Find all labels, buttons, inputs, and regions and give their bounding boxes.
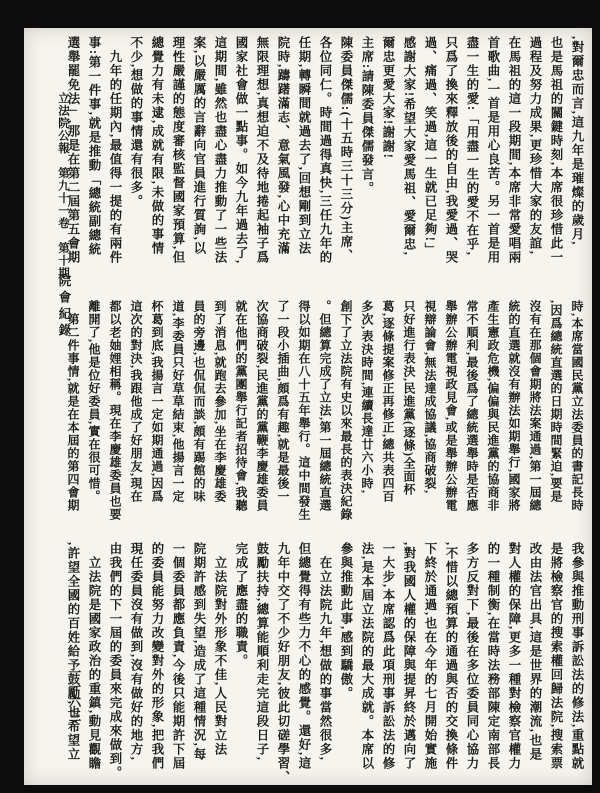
text-column: 得以如期在八十五年舉行。這中間發生 (293, 300, 314, 536)
text-column: 對人權的保障,更多一種對檢察官權力 (503, 542, 524, 785)
text-column: 鼓勵扶持,總算能順利走完這段日子, (251, 542, 272, 785)
text-column: 立法院對外形象不佳,人民對立法 (209, 542, 230, 785)
text-column: 到了消息,就跑去參加,坐在李慶雄委 (209, 300, 230, 536)
text-column: 法,是本屆立法院的最大成就。本席以 (356, 542, 377, 785)
text-column: 陳委員傑儒:(十五時三十三分)主席、 (335, 36, 356, 290)
text-column: 員的旁邊,也侃侃而談,頗有踢館的味 (188, 300, 209, 536)
text-column: ,許望全國的百姓給予鼓勵,也希望立 (62, 542, 83, 785)
text-column: 但總覺得有些力不心的感覺。還好,這 (293, 542, 314, 785)
text-column: 次協商破裂,民進黨的黨鞭李慶雄委員 (251, 300, 272, 536)
text-column: 院期許感到失望,造成了這種情況,每 (188, 542, 209, 785)
text-column: 只爲了換來釋放後的自由,我愛過、哭 (440, 36, 461, 290)
text-column: 常不順利,最後爲了總統選舉時是否應 (461, 300, 482, 536)
text-column: 的委員能努力改變對外的形象,把我們 (146, 542, 167, 785)
text-column: 院時,躊躇滿志、意氣風發,心中充滿 (272, 36, 293, 290)
text-column: 是將檢察官的搜索權回歸法院,搜索票 (545, 542, 566, 785)
text-column: 立法院是國家政治的重鎮,動見觀瞻 (83, 542, 104, 785)
text-column: 時,本席當國民黨立法委員的書記長時 (566, 300, 587, 536)
text-column: 完成了應盡的職責。 (230, 542, 251, 785)
text-column: 各位同仁。時間過得真快,三任九年的 (314, 36, 335, 290)
text-column: 的一種制衡,在當時法務部陳定南部長 (482, 542, 503, 785)
text-column: 任期,轉瞬間就過去了,回想剛到立法 (293, 36, 314, 290)
text-band-top: ,對爾忠而言,這九年是璀燦的歲月,也是馬祖的關鍵時刻,本席很珍惜此一過程及努力成… (60, 36, 587, 290)
text-column: 沒有在那個會期將法案通過,第一屆總 (524, 300, 545, 536)
text-column: ,因爲總統直選的日期時間緊迫,要是 (545, 300, 566, 536)
text-column: 創下了立法院有史以來最長的表決紀錄 (335, 300, 356, 536)
text-column: 。但總算完成了立法,第一屆總統直選 (314, 300, 335, 536)
text-band-middle: 時,本席當國民黨立法委員的書記長時,因爲總統直選的日期時間緊迫,要是沒有在那個會… (60, 300, 587, 536)
text-column: 過、痛過、笑過,這一生就已足夠!」 (419, 36, 440, 290)
text-column: 首歌曲,一首是用心良苦。另一首是用 (482, 36, 503, 290)
text-column: 在馬祖的這一段期間,本席非常愛唱兩 (503, 36, 524, 290)
text-column: 感謝大家!希望大家愛馬祖、愛爾忠, (398, 36, 419, 290)
text-column: 無限理想,真想迫不及待地捲起袖子爲 (251, 36, 272, 290)
scanned-gazette-page: 立法院公報 第九十一卷 第十期 院會紀錄 一一六三 ,對爾忠而言,這九年是璀燦的… (24, 28, 592, 785)
text-column: 總覺力有未逮,成就有限,未做的事情 (146, 36, 167, 290)
text-column: 過程及努力成果,更珍惜大家的友誼, (524, 36, 545, 290)
text-column: 葛,逐條提案修正再修正,總共表四百 (377, 300, 398, 536)
text-column: 參與推動此事,感到驕傲。 (335, 542, 356, 785)
text-column: 主席:請陳委員傑儒發言。 (356, 36, 377, 290)
text-column: 由我們的下一屆的委員來完成來做到。 (104, 542, 125, 785)
text-column: 盡一生的愛:「用盡一生的愛不在乎, (461, 36, 482, 290)
text-band-bottom: 我參與推動刑事訴訟法的修法,重點就是將檢察官的搜索權回歸法院,搜索票改由法官出具… (60, 542, 587, 785)
text-column: 案,以嚴厲的言辭向官員進行質詢,以 (188, 36, 209, 290)
text-column: 杯葛到底,我揚言一定如期通過,因爲 (146, 300, 167, 536)
text-column: 第二件事情,就是在本屆的第四會期 (62, 300, 83, 536)
text-column: 離開了,他是位好委員,實在很可惜。 (83, 300, 104, 536)
text-column: 九年中交了不少好朋友,彼此切磋學習、 (272, 542, 293, 785)
text-column: 這期間,雖然也盡心盡力推動了一些法 (209, 36, 230, 290)
text-column: 現任委員沒有做到,沒有做好的地方, (125, 542, 146, 785)
text-column: 國家社會做一點事。如今九年過去了, (230, 36, 251, 290)
text-column: 統的直選就沒有辦法如期舉行,國家將 (503, 300, 524, 536)
text-column: 都以老妯娌相稱。現在李慶雄委員也要 (104, 300, 125, 536)
text-column: 理性嚴謹的態度審核監督國家預算,但 (167, 36, 188, 290)
text-column: 多方反對下,最後在多位委員同心協力 (461, 542, 482, 785)
text-column: 就在他們的黨團舉行記者招待會,我聽 (230, 300, 251, 536)
text-column: 一個委員都應負責,今後只能期許下屆 (167, 542, 188, 785)
text-column: 爾忠更愛大家!謝謝! (377, 36, 398, 290)
text-column: 下終於通過,也在今年的七月開始實施 (419, 542, 440, 785)
text-column: 一大步,本席認爲此項刑事訴訟法的修 (377, 542, 398, 785)
text-column: ,對我國人權的保障與提昇終於邁向了 (398, 542, 419, 785)
text-column: 在立法院九年,想做的事當然很多, (314, 542, 335, 785)
text-column: 事:第一件事,就是推動「總統副總統 (83, 36, 104, 290)
text-column: 改由法官出具,這是世界的潮流,也是 (524, 542, 545, 785)
text-column: 道,李委員只好草草結束,他揚言一定 (167, 300, 188, 536)
text-column: ,不惜以總預算的通過與否的交換條件 (440, 542, 461, 785)
text-column: 也是馬祖的關鍵時刻,本席很珍惜此一 (545, 36, 566, 290)
text-column: 產生憲政危機,偏偏與民進黨的協商非 (482, 300, 503, 536)
text-column: 視辯論會,無法達成協議,協商破裂, (419, 300, 440, 536)
text-column: 選舉罷免法」,那是在第二屆第五會期 (62, 36, 83, 290)
text-column: 不少,想做的事情還有很多。 (125, 36, 146, 290)
text-column: 多次,表決時間,連續長達廿六小時, (356, 300, 377, 536)
text-column: 舉辦公辦電視政見會,或是舉辦公辦電 (440, 300, 461, 536)
text-column: 我參與推動刑事訴訟法的修法,重點就 (566, 542, 587, 785)
text-column: 了一段小插曲,頗爲有趣,就是最後一 (272, 300, 293, 536)
text-column: ,對爾忠而言,這九年是璀燦的歲月, (566, 36, 587, 290)
text-column: 九年的任期內,最值得一提的有兩件 (104, 36, 125, 290)
text-column: 這次的對決,我跟他成了好朋友,現在 (125, 300, 146, 536)
text-column: 只好進行表決,民進黨(逐條)全面杯 (398, 300, 419, 536)
